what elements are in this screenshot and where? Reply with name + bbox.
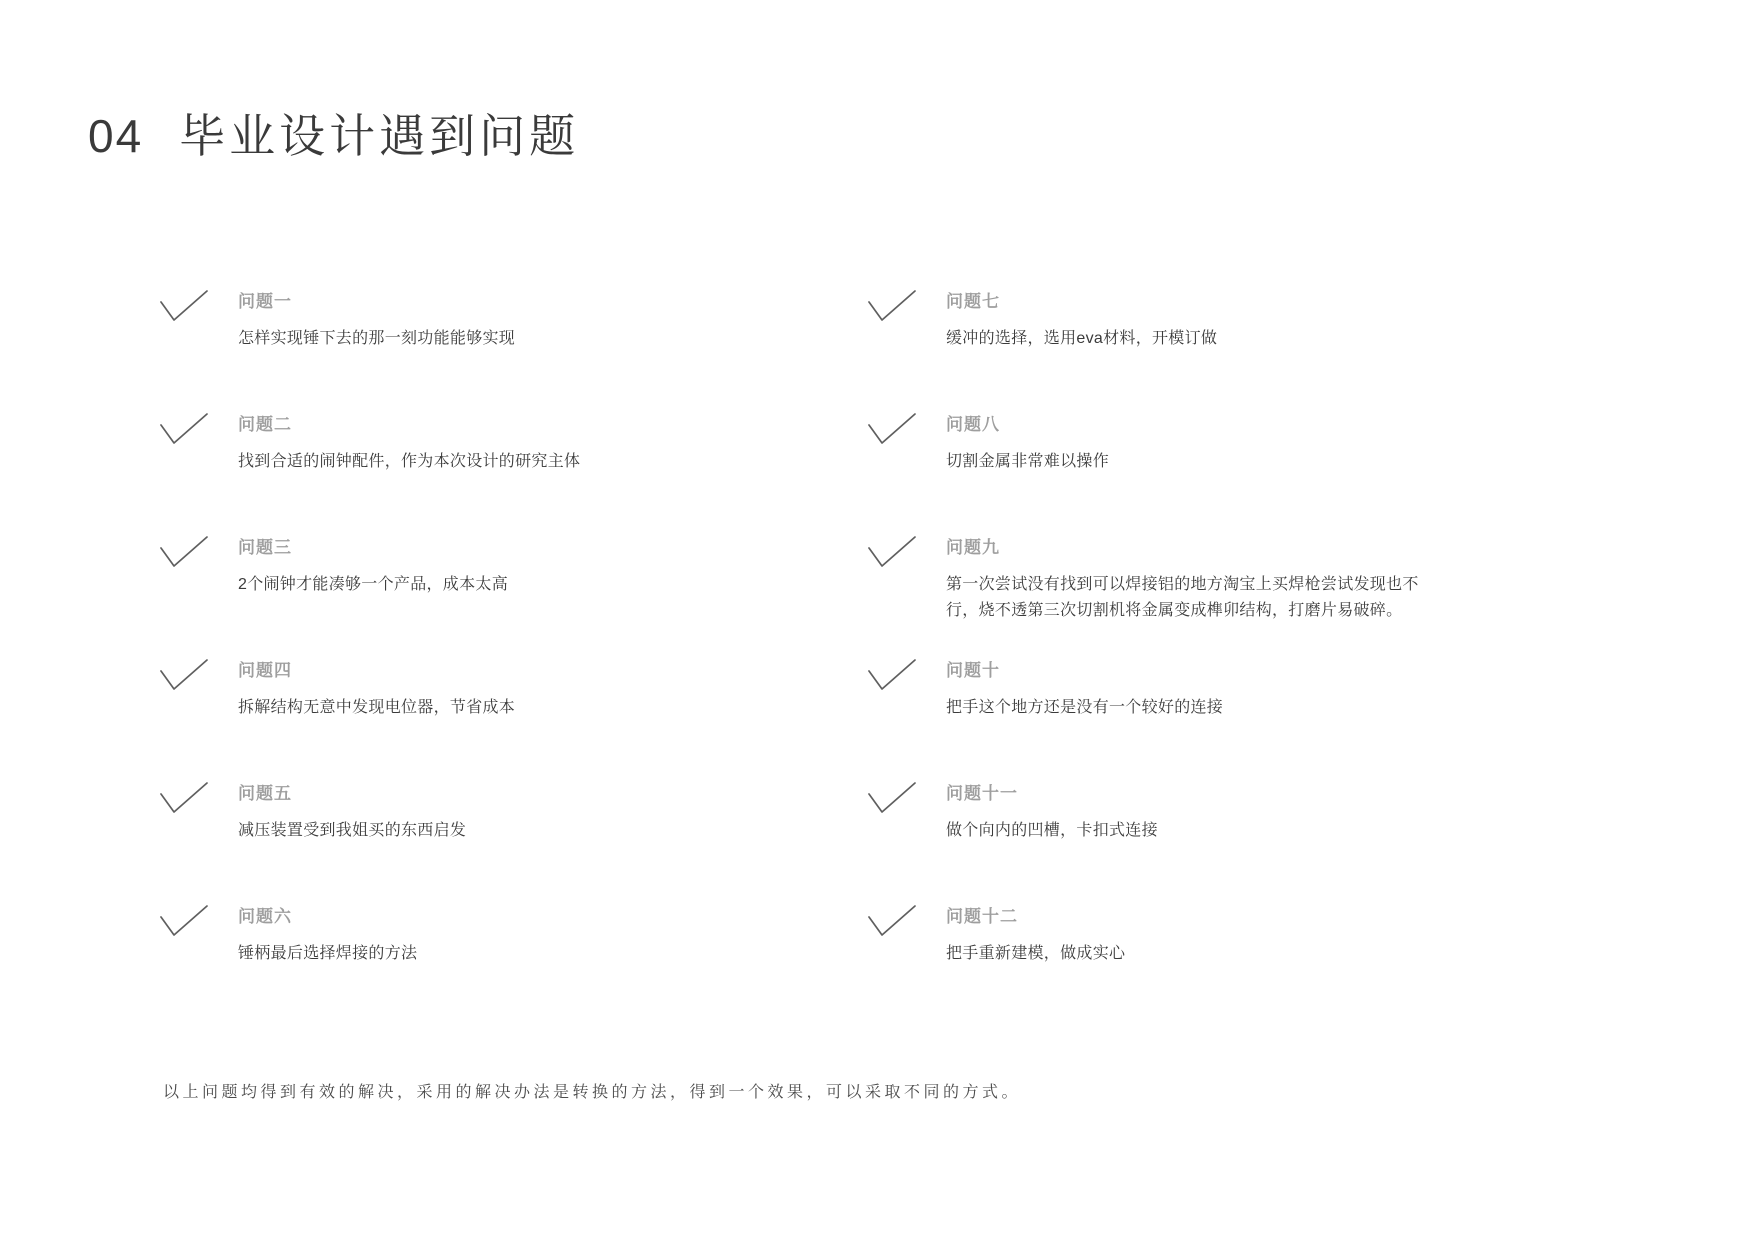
problem-item-text: 问题二 找到合适的闹钟配件，作为本次设计的研究主体 (238, 415, 800, 475)
problem-item-text: 问题九 第一次尝试没有找到可以焊接铝的地方淘宝上买焊枪尝试发现也不行，烧不透第三… (946, 538, 1518, 624)
problem-item: 问题十二 把手重新建模，做成实心 (868, 907, 1518, 1030)
problem-item-description: 减压装置受到我姐买的东西启发 (238, 818, 738, 844)
problem-item-text: 问题一 怎样实现锤下去的那一刻功能能够实现 (238, 292, 800, 352)
problem-item-title: 问题八 (946, 415, 1518, 435)
checkmark-icon (160, 290, 208, 322)
checkmark-icon (868, 905, 916, 937)
problem-item-text: 问题五 减压装置受到我姐买的东西启发 (238, 784, 800, 844)
problem-item-text: 问题八 切割金属非常难以操作 (946, 415, 1518, 475)
checkmark-icon (160, 905, 208, 937)
problem-item: 问题九 第一次尝试没有找到可以焊接铝的地方淘宝上买焊枪尝试发现也不行，烧不透第三… (868, 538, 1518, 661)
problem-item-description: 缓冲的选择，选用eva材料，开模订做 (946, 326, 1446, 352)
checkmark-icon (160, 413, 208, 445)
problem-item-title: 问题十一 (946, 784, 1518, 804)
problem-item: 问题十 把手这个地方还是没有一个较好的连接 (868, 661, 1518, 784)
summary-text: 以上问题均得到有效的解决，采用的解决办法是转换的方法，得到一个效果，可以采取不同… (163, 1079, 1021, 1102)
problem-item: 问题三 2个闹钟才能凑够一个产品，成本太高 (160, 538, 800, 661)
checkmark-icon (160, 782, 208, 814)
problem-item: 问题七 缓冲的选择，选用eva材料，开模订做 (868, 292, 1518, 415)
problem-item-description: 第一次尝试没有找到可以焊接铝的地方淘宝上买焊枪尝试发现也不行，烧不透第三次切割机… (946, 572, 1446, 624)
problem-item-title: 问题九 (946, 538, 1518, 558)
page-title-number: 04 (88, 110, 143, 162)
page-title: 04毕业设计遇到问题 (88, 100, 579, 166)
checkmark-icon (868, 290, 916, 322)
problem-item: 问题十一 做个向内的凹槽，卡扣式连接 (868, 784, 1518, 907)
checkmark-icon (868, 782, 916, 814)
problem-item-description: 找到合适的闹钟配件，作为本次设计的研究主体 (238, 449, 738, 475)
problem-item-title: 问题十 (946, 661, 1518, 681)
problem-item-text: 问题十一 做个向内的凹槽，卡扣式连接 (946, 784, 1518, 844)
checkmark-icon (160, 659, 208, 691)
problem-item-description: 拆解结构无意中发现电位器，节省成本 (238, 695, 738, 721)
problem-item-description: 怎样实现锤下去的那一刻功能能够实现 (238, 326, 738, 352)
problems-column-right: 问题七 缓冲的选择，选用eva材料，开模订做 问题八 切割金属非常难以操作 问题… (868, 292, 1518, 1030)
problem-item: 问题八 切割金属非常难以操作 (868, 415, 1518, 538)
page-title-text: 毕业设计遇到问题 (179, 110, 579, 162)
problem-item: 问题四 拆解结构无意中发现电位器，节省成本 (160, 661, 800, 784)
problem-item: 问题六 锤柄最后选择焊接的方法 (160, 907, 800, 1030)
problem-item-title: 问题十二 (946, 907, 1518, 927)
problem-item-title: 问题三 (238, 538, 800, 558)
problem-item-description: 把手这个地方还是没有一个较好的连接 (946, 695, 1446, 721)
problem-item: 问题二 找到合适的闹钟配件，作为本次设计的研究主体 (160, 415, 800, 538)
problem-item: 问题一 怎样实现锤下去的那一刻功能能够实现 (160, 292, 800, 415)
problem-item-description: 把手重新建模，做成实心 (946, 941, 1446, 967)
problem-item-title: 问题六 (238, 907, 800, 927)
checkmark-icon (868, 413, 916, 445)
problem-item-description: 做个向内的凹槽，卡扣式连接 (946, 818, 1446, 844)
problem-item-text: 问题六 锤柄最后选择焊接的方法 (238, 907, 800, 967)
checkmark-icon (868, 536, 916, 568)
problem-item-description: 锤柄最后选择焊接的方法 (238, 941, 738, 967)
checkmark-icon (160, 536, 208, 568)
problem-item-description: 切割金属非常难以操作 (946, 449, 1446, 475)
problem-item: 问题五 减压装置受到我姐买的东西启发 (160, 784, 800, 907)
problem-item-title: 问题二 (238, 415, 800, 435)
slide: 04毕业设计遇到问题 问题一 怎样实现锤下去的那一刻功能能够实现 问题二 找到合… (0, 0, 1755, 1241)
problem-item-text: 问题十 把手这个地方还是没有一个较好的连接 (946, 661, 1518, 721)
problem-item-title: 问题七 (946, 292, 1518, 312)
problem-item-text: 问题十二 把手重新建模，做成实心 (946, 907, 1518, 967)
problem-item-text: 问题四 拆解结构无意中发现电位器，节省成本 (238, 661, 800, 721)
checkmark-icon (868, 659, 916, 691)
problem-item-title: 问题四 (238, 661, 800, 681)
problem-item-text: 问题七 缓冲的选择，选用eva材料，开模订做 (946, 292, 1518, 352)
problem-item-description: 2个闹钟才能凑够一个产品，成本太高 (238, 572, 738, 598)
problem-item-text: 问题三 2个闹钟才能凑够一个产品，成本太高 (238, 538, 800, 598)
problem-item-title: 问题一 (238, 292, 800, 312)
problems-column-left: 问题一 怎样实现锤下去的那一刻功能能够实现 问题二 找到合适的闹钟配件，作为本次… (160, 292, 800, 1030)
problem-item-title: 问题五 (238, 784, 800, 804)
